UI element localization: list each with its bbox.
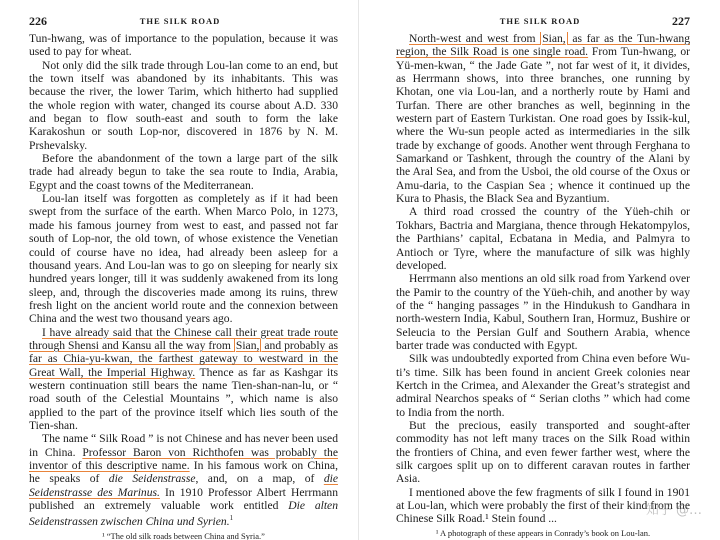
paragraph: Herrmann also mentions an old silk road … bbox=[396, 272, 690, 352]
highlighted-paragraph: I have already said that the Chinese cal… bbox=[29, 326, 338, 433]
paragraph: But the precious, easily transported and… bbox=[396, 419, 690, 486]
page-gutter-divider bbox=[358, 0, 359, 540]
annotation-box-sian: Sian, bbox=[540, 32, 568, 45]
footnote-ref: 1 bbox=[230, 514, 234, 522]
annotation-box-sian: Sian, bbox=[234, 339, 262, 352]
footnote: ¹ “The old silk roads between China and … bbox=[29, 531, 338, 540]
running-title: THE SILK ROAD bbox=[0, 16, 360, 26]
paragraph: Silk was undoubtedly exported from China… bbox=[396, 352, 690, 419]
paragraph: Before the abandonment of the town a lar… bbox=[29, 152, 338, 192]
running-title: THE SILK ROAD bbox=[360, 16, 720, 26]
paragraph: Tun-hwang, was of importance to the popu… bbox=[29, 32, 338, 59]
annotation-underline: North-west and west from bbox=[409, 32, 540, 45]
book-spread: 226 THE SILK ROAD Tun-hwang, was of impo… bbox=[0, 0, 720, 540]
silk-road-name-paragraph: The name “ Silk Road ” is not Chinese an… bbox=[29, 432, 338, 528]
highlighted-paragraph: North-west and west from Sian, as far as… bbox=[396, 32, 690, 205]
paragraph: A third road crossed the country of the … bbox=[396, 205, 690, 272]
right-page: 227 THE SILK ROAD North-west and west fr… bbox=[360, 0, 720, 540]
left-body-text: Tun-hwang, was of importance to the popu… bbox=[29, 32, 338, 529]
right-body-text: North-west and west from Sian, as far as… bbox=[396, 32, 690, 526]
watermark: 知乎 @… bbox=[646, 499, 702, 518]
paragraph: Not only did the silk trade through Lou-… bbox=[29, 59, 338, 152]
left-page: 226 THE SILK ROAD Tun-hwang, was of impo… bbox=[0, 0, 360, 540]
paragraph: Lou-lan itself was forgotten as complete… bbox=[29, 192, 338, 325]
footnote: ¹ A photograph of these appears in Conra… bbox=[396, 528, 690, 539]
